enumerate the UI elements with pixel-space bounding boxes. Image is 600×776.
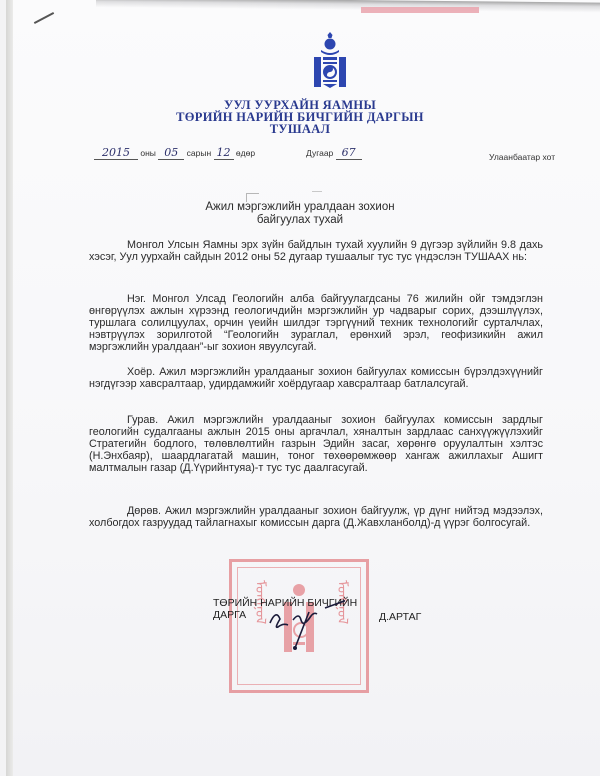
order-number-line: Дугаар 67 [306,146,362,160]
preamble-paragraph: Монгол Улсын Яамны эрх зүйн байдлын туха… [89,239,543,263]
title-line-1: Ажил мэргэжлийн уралдаан зохион [0,201,600,214]
date-month-suffix: сарын [187,148,212,158]
soyombo-emblem-icon [310,30,350,92]
city: Улаанбаатар хот [489,152,555,162]
pen-mark [34,12,54,24]
clause-four-paragraph: Дөрөв. Ажил мэргэжлийн уралдааныг зохион… [89,505,543,529]
date-day-suffix: өдөр [236,148,255,158]
date-year: 2015 [94,146,138,160]
document-title: Ажил мэргэжлийн уралдаан зохион байгуула… [0,201,600,227]
date-day: 12 [214,146,234,160]
header-doc-type: ТУШААЛ [0,122,600,137]
date-year-suffix: оны [140,148,156,158]
clause-one-paragraph: Нэг. Монгол Улсад Геологийн алба байгуул… [89,293,543,353]
date-month: 05 [158,146,184,160]
faint-mark [312,191,322,192]
title-line-2: байгуулах тухай [0,214,600,227]
order-number-label: Дугаар [306,148,333,158]
handwritten-signature-icon [265,598,345,653]
scan-edge-top [96,0,600,13]
clause-two-paragraph: Хоёр. Ажил мэргэжлийн уралдааныг зохион … [89,366,543,390]
order-number: 67 [336,146,362,160]
signatory-title-line-2: ДАРГА [213,609,246,621]
date-line: 2015 оны 05 сарын 12 өдөр [94,146,255,160]
red-tape-mark [361,7,479,13]
signatory-name: Д.АРТАГ [379,611,421,623]
clause-three-paragraph: Гурав. Ажил мэргэжлийн уралдааныг зохион… [89,414,543,474]
